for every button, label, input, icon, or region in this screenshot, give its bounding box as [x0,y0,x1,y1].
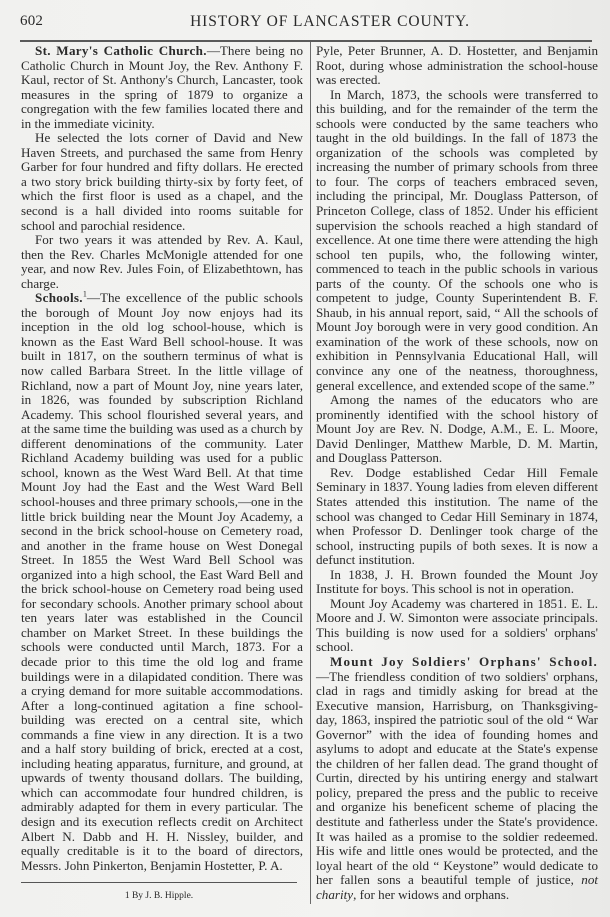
paragraph-st-marys-church: St. Mary's Catholic Church.—There being … [21,44,303,131]
section-heading-schools: Schools. [35,290,83,305]
running-head: 602 HISTORY OF LANCASTER COUNTY. [20,13,600,33]
left-column: St. Mary's Catholic Church.—There being … [21,44,303,873]
footnote-rule [21,882,297,883]
paragraph: In 1838, J. H. Brown founded the Mount J… [316,568,598,597]
paragraph-orphans-school: Mount Joy Soldiers' Orphans' School.—The… [316,655,598,902]
paragraph-schools: Schools.1—The excellence of the public s… [21,291,303,873]
paragraph: Rev. Dodge established Cedar Hill Female… [316,466,598,568]
paragraph-continued: Pyle, Peter Brunner, A. D. Hostetter, an… [316,44,598,88]
column-divider [310,42,311,904]
paragraph-text: , for her widows and orphans. [353,887,509,902]
paragraph-text: —The excellence of the public schools th… [21,290,303,872]
paragraph: Among the names of the educators who are… [316,393,598,466]
paragraph-text: —The friendless condition of two soldier… [316,669,598,888]
right-column: Pyle, Peter Brunner, A. D. Hostetter, an… [316,44,598,902]
book-page: 602 HISTORY OF LANCASTER COUNTY. St. Mar… [0,0,610,917]
page-title: HISTORY OF LANCASTER COUNTY. [20,13,610,31]
footnote: 1 By J. B. Hipple. [21,891,297,901]
paragraph: He selected the lots corner of David and… [21,131,303,233]
paragraph: Mount Joy Academy was chartered in 1851.… [316,597,598,655]
section-heading-orphans-school: Mount Joy Soldiers' Orphans' School. [330,654,598,669]
paragraph: In March, 1873, the schools were transfe… [316,88,598,393]
paragraph: For two years it was attended by Rev. A.… [21,233,303,291]
header-rule [20,40,592,42]
section-heading-st-marys-church: St. Mary's Catholic Church. [35,43,207,58]
